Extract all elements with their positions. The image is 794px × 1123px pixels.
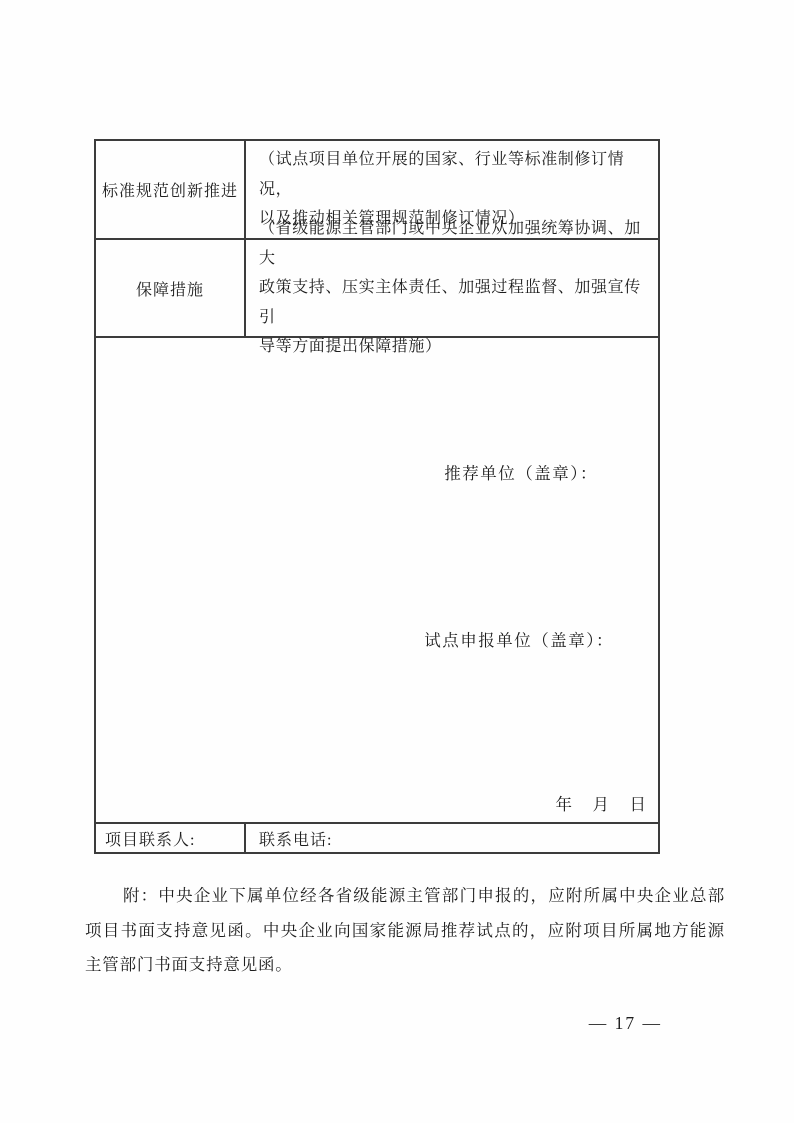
applicant-unit-seal-line: 试点申报单位（盖章）： (424, 627, 614, 651)
table-row-safeguards: 保障措施 （省级能源主管部门或中央企业从加强统筹协调、加大 政策支持、压实主体责… (96, 240, 658, 338)
recommending-unit-seal-line: 推荐单位（盖章）： (444, 460, 598, 484)
document-page: 标准规范创新推进 （试点项目单位开展的国家、行业等标准制修订情况， 以及推动相关… (0, 0, 794, 1123)
attachment-note-paragraph: 附：中央企业下属单位经各省级能源主管部门申报的，应附所属中央企业总部项目书面支持… (85, 879, 725, 983)
date-line: 年 月 日 (556, 791, 649, 815)
page-number: — 17 — (589, 1013, 662, 1034)
table-row-contact: 项目联系人: 联系电话: (96, 824, 658, 852)
safeguards-row-label: 保障措施 (96, 240, 246, 336)
contact-phone-label: 联系电话: (246, 824, 658, 852)
standards-row-label: 标准规范创新推进 (96, 141, 246, 238)
form-table: 标准规范创新推进 （试点项目单位开展的国家、行业等标准制修订情况， 以及推动相关… (94, 139, 660, 854)
signature-cell: 推荐单位（盖章）： 试点申报单位（盖章）： 年 月 日 (96, 338, 658, 824)
safeguards-row-content: （省级能源主管部门或中央企业从加强统筹协调、加大 政策支持、压实主体责任、加强过… (246, 240, 658, 336)
project-contact-label: 项目联系人: (96, 824, 246, 852)
